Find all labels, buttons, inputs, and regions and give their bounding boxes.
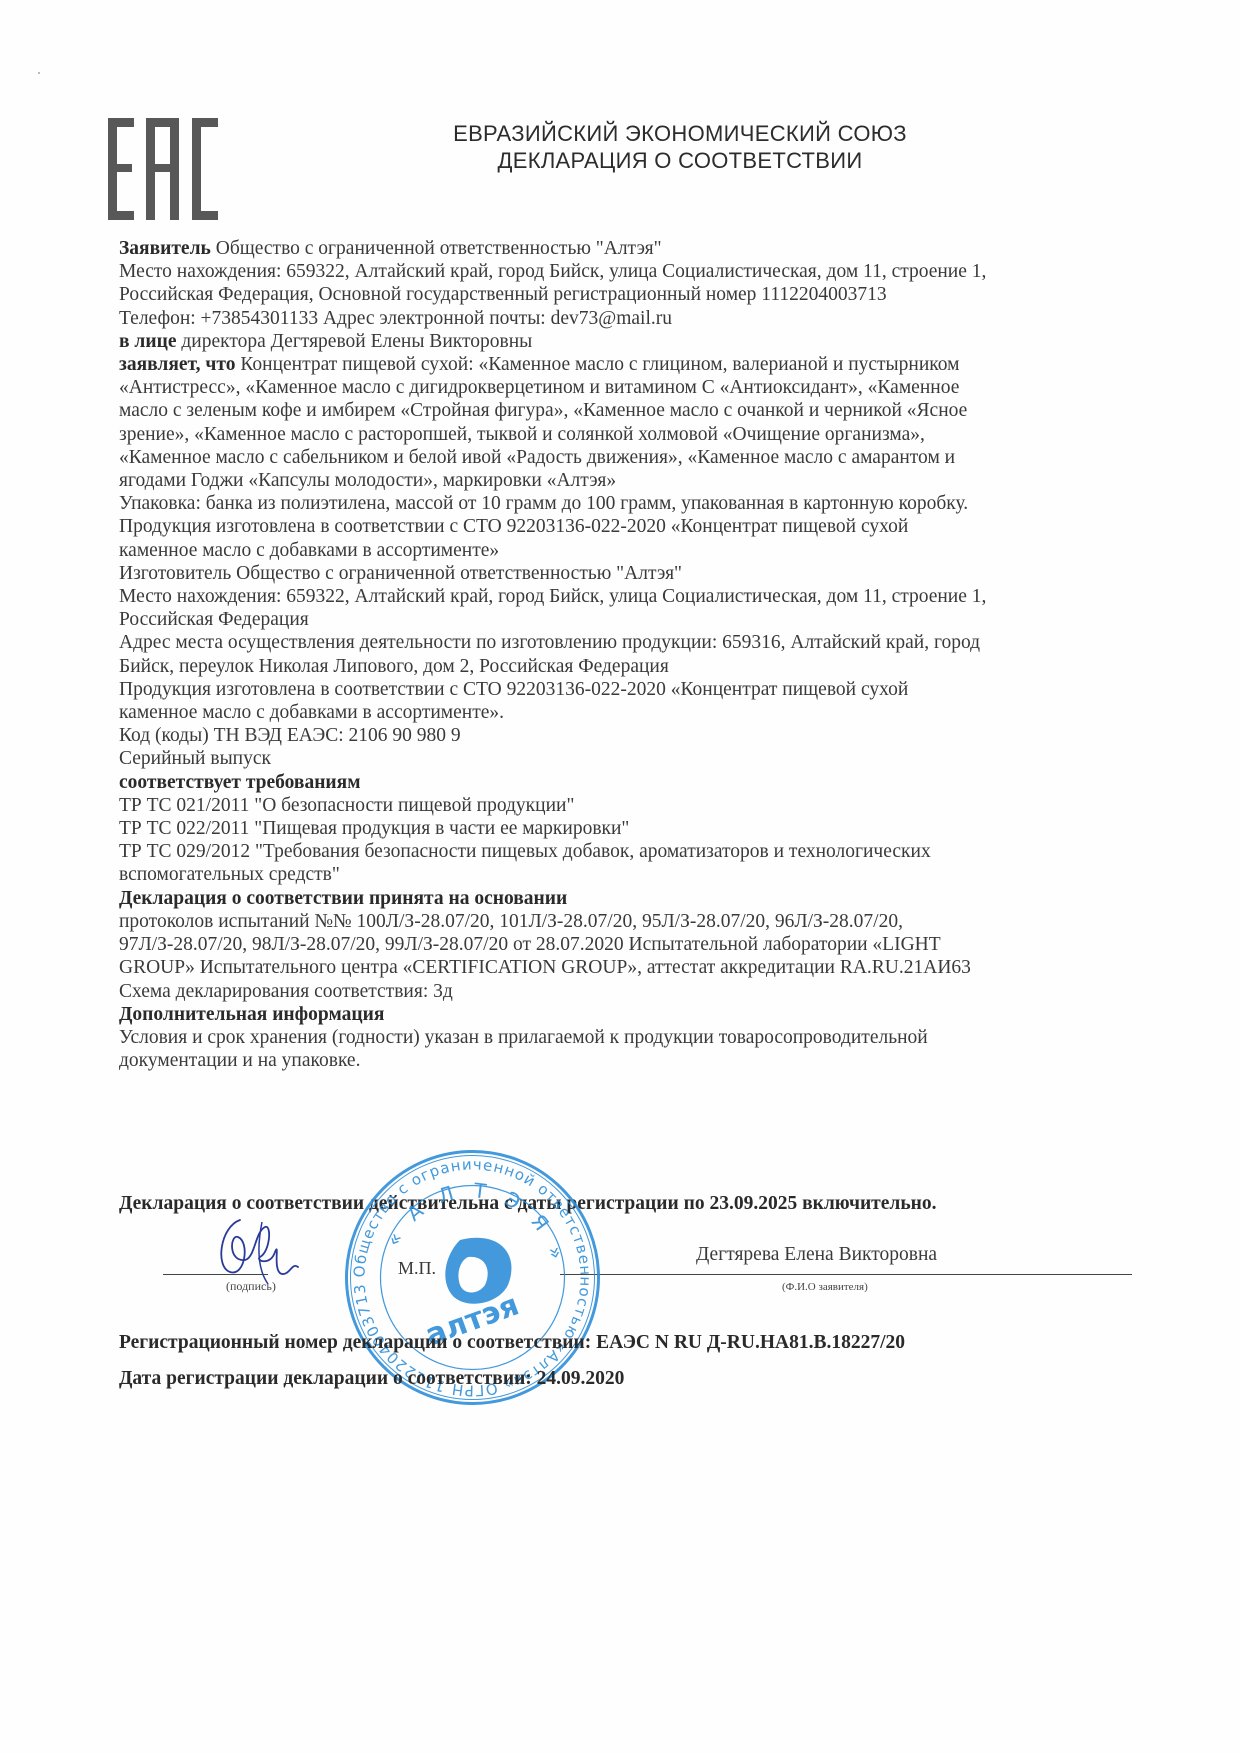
basis-line: 97Л/З-28.07/20, 98Л/З-28.07/20, 99Л/З-28… (119, 933, 1129, 956)
title-declaration: ДЕКЛАРАЦИЯ О СООТВЕТСТВИИ (400, 147, 960, 174)
document-body: Заявитель Общество с ограниченной ответс… (119, 237, 1129, 1072)
release-type: Серийный выпуск (119, 747, 1129, 770)
represented-by: директора Дегтяревой Елены Викторовны (176, 331, 532, 352)
applicant-name: Общество с ограниченной ответственностью… (211, 238, 662, 259)
basis-line: протоколов испытаний №№ 100Л/З-28.07/20,… (119, 910, 1129, 933)
basis-heading: Декларация о соответствии принята на осн… (119, 887, 1129, 910)
manufacturer-address: Место нахождения: 659322, Алтайский край… (119, 585, 1129, 608)
applicant-address-cont: Российская Федерация, Основной государст… (119, 283, 1129, 306)
requirement-item: ТР ТС 021/2011 "О безопасности пищевой п… (119, 794, 1129, 817)
declares-line: заявляет, что Концентрат пищевой сухой: … (119, 353, 1129, 376)
requirement-item: ТР ТС 022/2011 "Пищевая продукция в част… (119, 817, 1129, 840)
declaration-document: ЕВРАЗИЙСКИЙ ЭКОНОМИЧЕСКИЙ СОЮЗ ДЕКЛАРАЦИ… (0, 0, 1240, 1753)
scan-artifact (38, 72, 40, 74)
product-line: масло с зеленым кофе и имбирем «Стройная… (119, 399, 1129, 422)
product-line: «Каменное масло с сабельником и белой ив… (119, 446, 1129, 469)
standard-line: каменное масло с добавками в ассортимент… (119, 539, 1129, 562)
requirements-heading: соответствует требованиям (119, 771, 1129, 794)
manufacturer-standard: Продукция изготовлена в соответствии с С… (119, 678, 1129, 701)
signer-label: (Ф.И.О заявителя) (782, 1281, 868, 1293)
production-address: Бийск, переулок Николая Липового, дом 2,… (119, 655, 1129, 678)
declaration-scheme: Схема декларирования соответствия: 3д (119, 980, 1129, 1003)
product-line: «Антистресс», «Каменное масло с дигидрок… (119, 376, 1129, 399)
signer-name: Дегтярева Елена Викторовна (696, 1244, 937, 1266)
standard-line: Продукция изготовлена в соответствии с С… (119, 515, 1129, 538)
manufacturer-name: Изготовитель Общество с ограниченной отв… (119, 562, 1129, 585)
document-title: ЕВРАЗИЙСКИЙ ЭКОНОМИЧЕСКИЙ СОЮЗ ДЕКЛАРАЦИ… (400, 120, 960, 174)
registration-number: Регистрационный номер декларации о соотв… (119, 1332, 905, 1354)
product-line-0: Концентрат пищевой сухой: «Каменное масл… (236, 354, 960, 375)
product-line: зрение», «Каменное масло с расторопшей, … (119, 423, 1129, 446)
requirement-item: ТР ТС 029/2012 "Требования безопасности … (119, 840, 1129, 863)
packaging: Упаковка: банка из полиэтилена, массой о… (119, 492, 1129, 515)
product-line: ягодами Годжи «Капсулы молодости», марки… (119, 469, 1129, 492)
basis-line: GROUP» Испытательного центра «CERTIFICAT… (119, 956, 1129, 979)
registration-date: Дата регистрации декларации о соответств… (119, 1368, 624, 1390)
applicant-contacts: Телефон: +73854301133 Адрес электронной … (119, 307, 1129, 330)
applicant-represented: в лице директора Дегтяревой Елены Виктор… (119, 330, 1129, 353)
requirement-item: вспомогательных средств" (119, 863, 1129, 886)
manufacturer-standard: каменное масло с добавками в ассортимент… (119, 701, 1129, 724)
additional-line: Условия и срок хранения (годности) указа… (119, 1026, 1129, 1049)
applicant-label: Заявитель (119, 238, 211, 259)
handwritten-signature-icon (210, 1212, 310, 1292)
name-line (560, 1274, 1132, 1275)
production-address: Адрес места осуществления деятельности п… (119, 631, 1129, 654)
represented-label: в лице (119, 331, 176, 352)
eac-logo-icon (108, 118, 218, 220)
additional-line: документации и на упаковке. (119, 1049, 1129, 1072)
applicant-line: Заявитель Общество с ограниченной ответс… (119, 237, 1129, 260)
additional-heading: Дополнительная информация (119, 1003, 1129, 1026)
hs-code: Код (коды) ТН ВЭД ЕАЭС: 2106 90 980 9 (119, 724, 1129, 747)
manufacturer-address-cont: Российская Федерация (119, 608, 1129, 631)
title-union: ЕВРАЗИЙСКИЙ ЭКОНОМИЧЕСКИЙ СОЮЗ (400, 120, 960, 147)
applicant-address: Место нахождения: 659322, Алтайский край… (119, 260, 1129, 283)
declares-label: заявляет, что (119, 354, 236, 375)
